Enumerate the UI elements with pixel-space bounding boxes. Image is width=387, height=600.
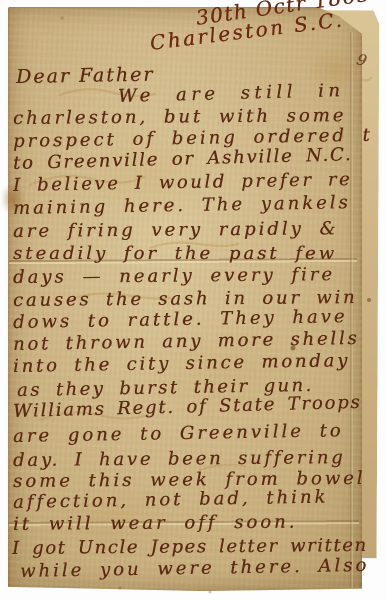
letter-line: steadily for the past few bbox=[13, 243, 337, 264]
salutation: Dear Father bbox=[16, 64, 155, 88]
letter-photo: 30th Octr 1863 Charleston S.C. Dear Fath… bbox=[0, 0, 387, 600]
letter-line: it will wear off soon. bbox=[13, 512, 298, 535]
letter-line: day. I have been suffering bbox=[13, 447, 346, 471]
letter-line: are firing very rapidly & bbox=[13, 218, 339, 242]
letter-line: days — nearly every fire bbox=[13, 264, 335, 288]
